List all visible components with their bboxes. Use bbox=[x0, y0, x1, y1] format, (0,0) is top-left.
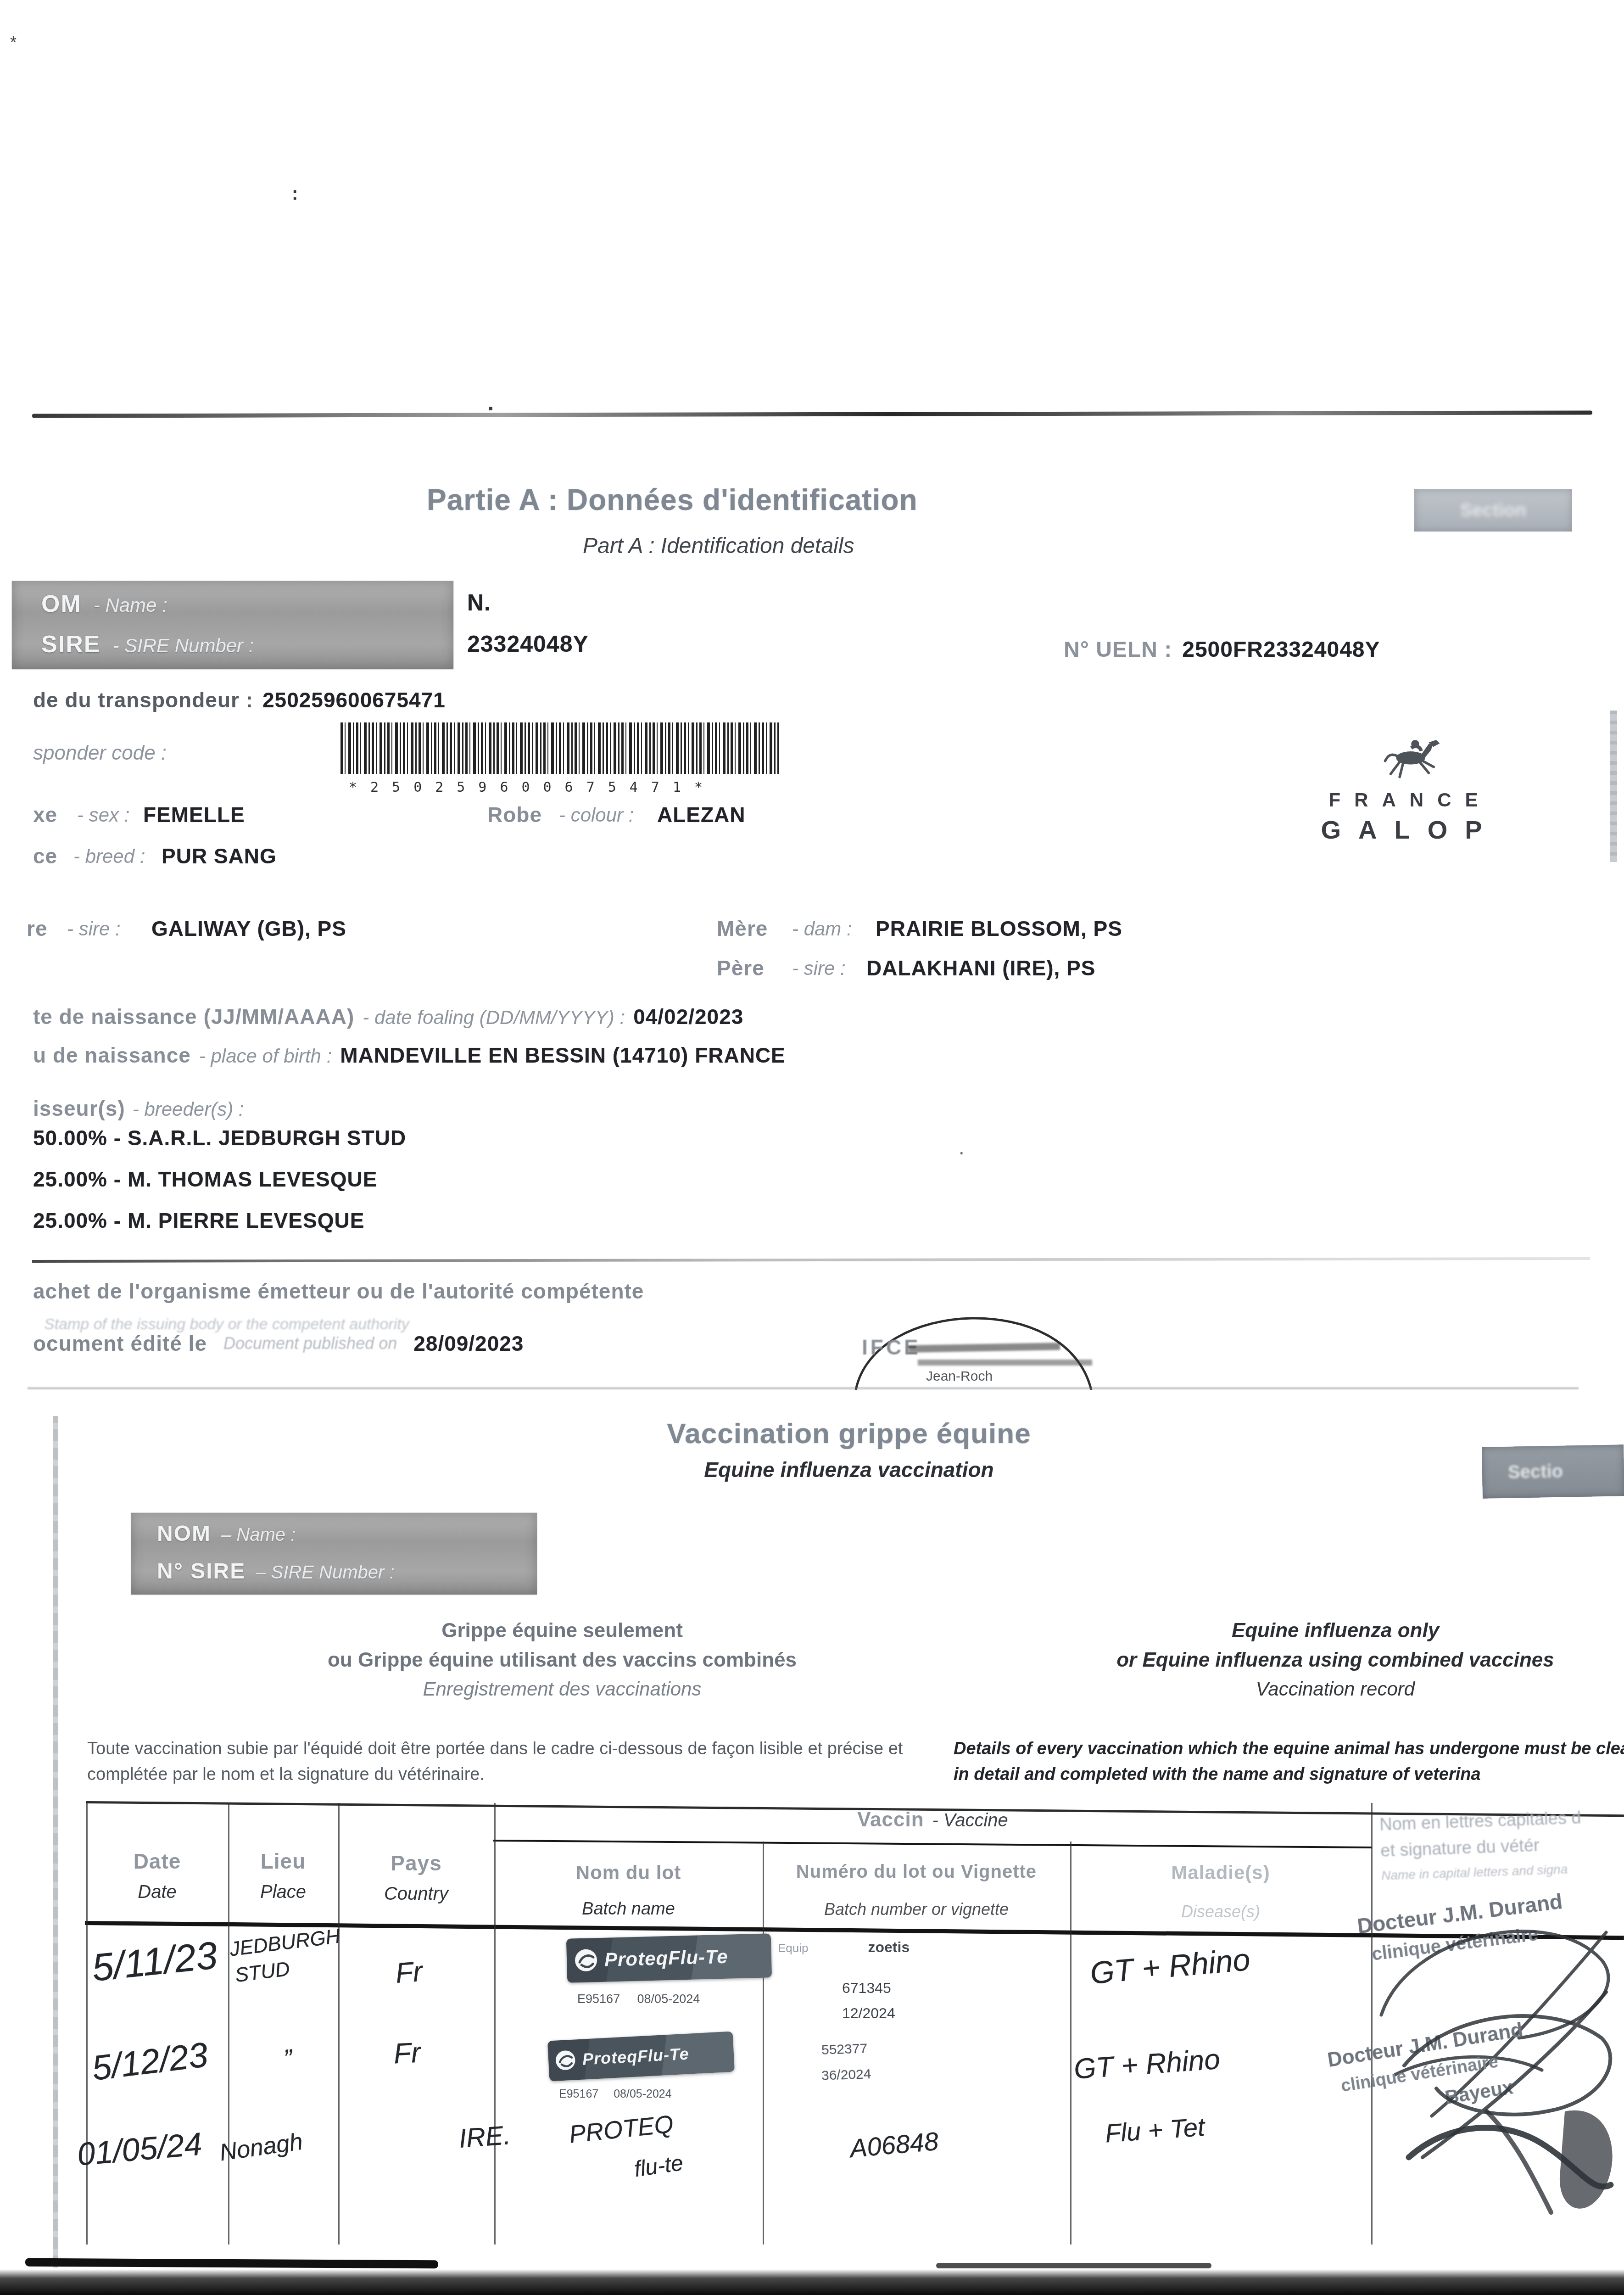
vet-header-line: Nom en lettres capitales d bbox=[1379, 1806, 1624, 1835]
scan-line-mid bbox=[32, 1257, 1590, 1263]
row1-date: 5/11/23 bbox=[90, 1933, 220, 1990]
sire-row-label-en: - sire : bbox=[67, 918, 121, 940]
france-galop-logo: FRANCE GALOP bbox=[1279, 729, 1541, 845]
row1-vaccine-sticker: ProteqFlu-Te bbox=[566, 1933, 772, 1983]
col-header-pays: Pays Country bbox=[338, 1851, 494, 1904]
breeders-label: isseur(s) bbox=[33, 1096, 125, 1121]
published-label: ocument édité le bbox=[33, 1331, 207, 1356]
intro-fr-line: Grippe équine seulement bbox=[115, 1619, 1010, 1642]
intro-fr-line: ou Grippe équine utilisant des vaccins c… bbox=[115, 1649, 1010, 1672]
row2-vignette-lot: 552377 bbox=[821, 2041, 871, 2058]
transponder-value: 250259600675471 bbox=[262, 688, 446, 712]
scan-speck: · bbox=[958, 1141, 965, 1164]
scanned-horse-passport-page: * : · · Partie A : Données d'identificat… bbox=[0, 0, 1624, 2295]
scan-speck: · bbox=[487, 395, 495, 422]
damsire-label-en: - sire : bbox=[792, 957, 846, 980]
part-a-bottom-smudge bbox=[28, 1387, 1579, 1389]
sire-label: SIRE bbox=[41, 631, 100, 658]
col-header-vet: Nom en lettres capitales d et signature … bbox=[1379, 1806, 1624, 1883]
row1-vignette: Equip zoetis 671345 12/2024 bbox=[778, 1939, 1053, 2022]
scan-edge-line-top bbox=[32, 410, 1592, 418]
scan-edge-band-bottom bbox=[936, 2263, 1211, 2268]
col-header-lot: Nom du lot Batch name bbox=[494, 1862, 763, 1919]
birthplace-row: u de naissance - place of birth : MANDEV… bbox=[33, 1043, 786, 1068]
row1-vignette-product: Equip bbox=[778, 1941, 809, 1955]
breeder-item: 25.00% - M. THOMAS LEVESQUE bbox=[33, 1167, 377, 1192]
lieu-header-en: Place bbox=[228, 1882, 338, 1903]
issuing-stamp-caption: achet de l'organisme émetteur ou de l'au… bbox=[33, 1279, 644, 1304]
row3-batch-number: A06848 bbox=[849, 2126, 940, 2164]
row1-place-line2: STUD bbox=[234, 1958, 291, 1987]
row3-disease: Flu + Tet bbox=[1104, 2111, 1205, 2148]
row2-country: Fr bbox=[393, 2037, 421, 2071]
sire-value: GALIWAY (GB), PS bbox=[151, 916, 346, 941]
pays-header-en: Country bbox=[338, 1884, 494, 1904]
numero-header-en: Batch number or vignette bbox=[763, 1900, 1070, 1919]
scan-speck: * bbox=[10, 33, 17, 52]
transponder-barcode bbox=[340, 722, 779, 774]
name-label-en: – Name : bbox=[221, 1525, 296, 1545]
vaccin-header-fr: Vaccin bbox=[857, 1808, 924, 1831]
sire-number-value: 23324048Y bbox=[467, 631, 589, 657]
scan-edge-band-bottom bbox=[0, 2269, 1624, 2295]
part-a-title-text: Partie A : Données d'identification bbox=[427, 483, 918, 516]
scan-edge-strip-left bbox=[53, 1416, 58, 2267]
scan-edge-strip-right bbox=[1610, 711, 1617, 862]
part-b-id-box: NOM – Name : N° SIRE – SIRE Number : bbox=[131, 1513, 537, 1595]
col-header-lieu: Lieu Place bbox=[228, 1849, 338, 1903]
sex-label-en: - sex : bbox=[77, 804, 129, 826]
dam-label: Mère bbox=[717, 916, 768, 941]
row3-batch-name: PROTEQ bbox=[568, 2110, 675, 2149]
part-a-section-badge-label: Section bbox=[1460, 500, 1526, 521]
breed-label: ce bbox=[33, 844, 57, 868]
row2-vignette-expiry: 36/2024 bbox=[821, 2066, 871, 2084]
part-b-section-badge-label: Sectio bbox=[1482, 1461, 1563, 1483]
foaling-date-value: 04/02/2023 bbox=[633, 1004, 743, 1029]
date-header-en: Date bbox=[86, 1882, 228, 1903]
row2-place-ditto: ” bbox=[282, 2043, 293, 2073]
note-fr: Toute vaccination subie par l'équidé doi… bbox=[87, 1736, 936, 1787]
intro-en-line: Equine influenza only bbox=[1046, 1619, 1624, 1642]
row2-date: 5/12/23 bbox=[90, 2035, 210, 2088]
sire-label: N° SIRE bbox=[157, 1559, 246, 1584]
row2-batch-number: E95167 08/05-2024 bbox=[559, 2088, 672, 2101]
ueln-label: N° UELN : bbox=[1064, 637, 1172, 662]
row1-place: JEDBURGH bbox=[229, 1925, 341, 1961]
colour-value: ALEZAN bbox=[657, 802, 746, 827]
intro-en-line: Vaccination record bbox=[1046, 1678, 1624, 1700]
sire-label-en: – SIRE Number : bbox=[256, 1562, 394, 1583]
row1-vignette-maker: zoetis bbox=[868, 1939, 910, 1956]
foaling-date-label-en: - date foaling (DD/MM/YYYY) : bbox=[363, 1007, 625, 1029]
part-b-title-text: Vaccination grippe équine bbox=[528, 1417, 1170, 1450]
intro-fr-line: Enregistrement des vaccinations bbox=[115, 1678, 1010, 1700]
sex-value: FEMELLE bbox=[143, 802, 245, 827]
vet-header-line: et signature du vétér bbox=[1380, 1832, 1624, 1861]
ifce-stamp-smudge bbox=[918, 1360, 1092, 1366]
part-a-section-badge: Section bbox=[1414, 489, 1572, 532]
ueln-value: 2500FR23324048Y bbox=[1182, 637, 1380, 662]
part-a-title: Partie A : Données d'identification bbox=[427, 483, 918, 517]
row3-country: IRE. bbox=[458, 2120, 512, 2154]
sire-label-en: - SIRE Number : bbox=[112, 635, 254, 657]
logo-line-galop: GALOP bbox=[1279, 815, 1541, 845]
vaccin-header: Vaccin - Vaccine bbox=[494, 1808, 1371, 1831]
part-a-id-box: OM - Name : SIRE - SIRE Number : bbox=[12, 581, 453, 669]
published-row: ocument édité le Document published on 2… bbox=[33, 1331, 524, 1356]
breeder-item: 25.00% - M. PIERRE LEVESQUE bbox=[33, 1208, 364, 1233]
dam-value: PRAIRIE BLOSSOM, PS bbox=[876, 916, 1122, 941]
proteq-logo-icon bbox=[574, 1948, 598, 1972]
vaccin-header-underline bbox=[493, 1840, 1372, 1848]
maladie-header-fr: Maladie(s) bbox=[1070, 1862, 1371, 1884]
name-label: NOM bbox=[157, 1521, 211, 1546]
row3-batch-name-line2: flu-te bbox=[633, 2150, 685, 2182]
row2-sticker-brand: ProteqFlu-Te bbox=[582, 2044, 690, 2069]
row1-disease: GT + Rhino bbox=[1088, 1942, 1251, 1991]
breeders-label-row: isseur(s) - breeder(s) : bbox=[33, 1096, 244, 1121]
pays-header-fr: Pays bbox=[338, 1851, 494, 1875]
logo-line-france: FRANCE bbox=[1279, 789, 1541, 811]
barcode-digits: *250259600675471* bbox=[349, 779, 716, 795]
colour-label-en: - colour : bbox=[559, 804, 634, 826]
numero-header-fr: Numéro du lot ou Vignette bbox=[763, 1862, 1070, 1882]
ifce-stamp-name: Jean-Roch bbox=[926, 1369, 993, 1384]
breed-value: PUR SANG bbox=[162, 844, 277, 868]
intro-fr: Grippe équine seulement ou Grippe équine… bbox=[115, 1619, 1010, 1700]
breeder-item: 50.00% - S.A.R.L. JEDBURGH STUD bbox=[33, 1125, 406, 1150]
published-label-en: Document published on bbox=[223, 1334, 397, 1353]
row3-place: Nonagh bbox=[218, 2128, 305, 2167]
row3-date: 01/05/24 bbox=[76, 2125, 203, 2172]
vaccin-header-en: - Vaccine bbox=[932, 1810, 1008, 1831]
vet-signature-icon bbox=[1395, 2056, 1624, 2240]
breeders-label-en: - breeder(s) : bbox=[133, 1098, 244, 1120]
transponder-label: de du transpondeur : bbox=[33, 688, 253, 712]
col-header-maladie: Maladie(s) Disease(s) bbox=[1070, 1862, 1371, 1921]
lieu-header-fr: Lieu bbox=[228, 1849, 338, 1874]
date-header-fr: Date bbox=[86, 1849, 228, 1874]
colour-label: Robe bbox=[487, 802, 542, 827]
col-header-date: Date Date bbox=[86, 1849, 228, 1903]
col-header-numero: Numéro du lot ou Vignette Batch number o… bbox=[763, 1862, 1070, 1919]
lot-header-en: Batch name bbox=[494, 1899, 763, 1919]
foaling-date-row: te de naissance (JJ/MM/AAAA) - date foal… bbox=[33, 1004, 743, 1029]
dam-label-en: - dam : bbox=[792, 918, 852, 940]
damsire-label: Père bbox=[717, 956, 765, 980]
row1-batch-number: E95167 08/05-2024 bbox=[577, 1992, 700, 2006]
row2-disease: GT + Rhino bbox=[1073, 2043, 1221, 2086]
part-b-subtitle: Equine influenza vaccination bbox=[528, 1457, 1170, 1482]
birthplace-value: MANDEVILLE EN BESSIN (14710) FRANCE bbox=[340, 1043, 786, 1068]
name-label: OM bbox=[41, 590, 82, 618]
row2-vaccine-sticker: ProteqFlu-Te bbox=[547, 2031, 735, 2081]
scan-edge-band-bottom bbox=[25, 2258, 438, 2269]
birthplace-label: u de naissance bbox=[33, 1043, 191, 1068]
row1-sticker-brand: ProteqFlu-Te bbox=[604, 1946, 728, 1971]
row2-vignette: 552377 36/2024 bbox=[821, 2042, 871, 2083]
proteq-logo-icon bbox=[554, 2049, 576, 2071]
foaling-date-label: te de naissance (JJ/MM/AAAA) bbox=[33, 1004, 354, 1029]
row1-country: Fr bbox=[395, 1955, 424, 1990]
row1-vignette-lot: 671345 bbox=[842, 1980, 1053, 1997]
breed-label-en: - breed : bbox=[73, 845, 145, 868]
birthplace-label-en: - place of birth : bbox=[199, 1045, 332, 1067]
damsire-value: DALAKHANI (IRE), PS bbox=[866, 956, 1095, 980]
transponder-row: de du transpondeur : 250259600675471 bbox=[33, 688, 446, 712]
row1-vignette-expiry: 12/2024 bbox=[842, 2005, 1053, 2022]
part-a-subtitle: Part A : Identification details bbox=[583, 533, 854, 559]
intro-en-line: or Equine influenza using combined vacci… bbox=[1046, 1649, 1624, 1672]
intro-en: Equine influenza only or Equine influenz… bbox=[1046, 1619, 1624, 1700]
scan-speck: : bbox=[292, 184, 298, 204]
transponder-label-en: sponder code : bbox=[33, 742, 167, 765]
sex-label: xe bbox=[33, 802, 57, 827]
part-b-section-badge: Sectio bbox=[1482, 1444, 1624, 1498]
horse-name-value: N. bbox=[467, 589, 491, 616]
maladie-header-en: Disease(s) bbox=[1070, 1902, 1371, 1921]
lot-header-fr: Nom du lot bbox=[494, 1862, 763, 1884]
name-label-en: - Name : bbox=[94, 594, 167, 616]
published-value: 28/09/2023 bbox=[413, 1331, 524, 1356]
sire-row-label: re bbox=[27, 916, 47, 941]
note-en: Details of every vaccination which the e… bbox=[954, 1736, 1624, 1787]
ueln-row: N° UELN : 2500FR23324048Y bbox=[1064, 637, 1380, 662]
ifce-stamp: IFCE Jean-Roch bbox=[849, 1267, 1097, 1390]
part-b-title: Vaccination grippe équine Equine influen… bbox=[528, 1417, 1170, 1482]
france-galop-horse-icon bbox=[1371, 729, 1449, 784]
